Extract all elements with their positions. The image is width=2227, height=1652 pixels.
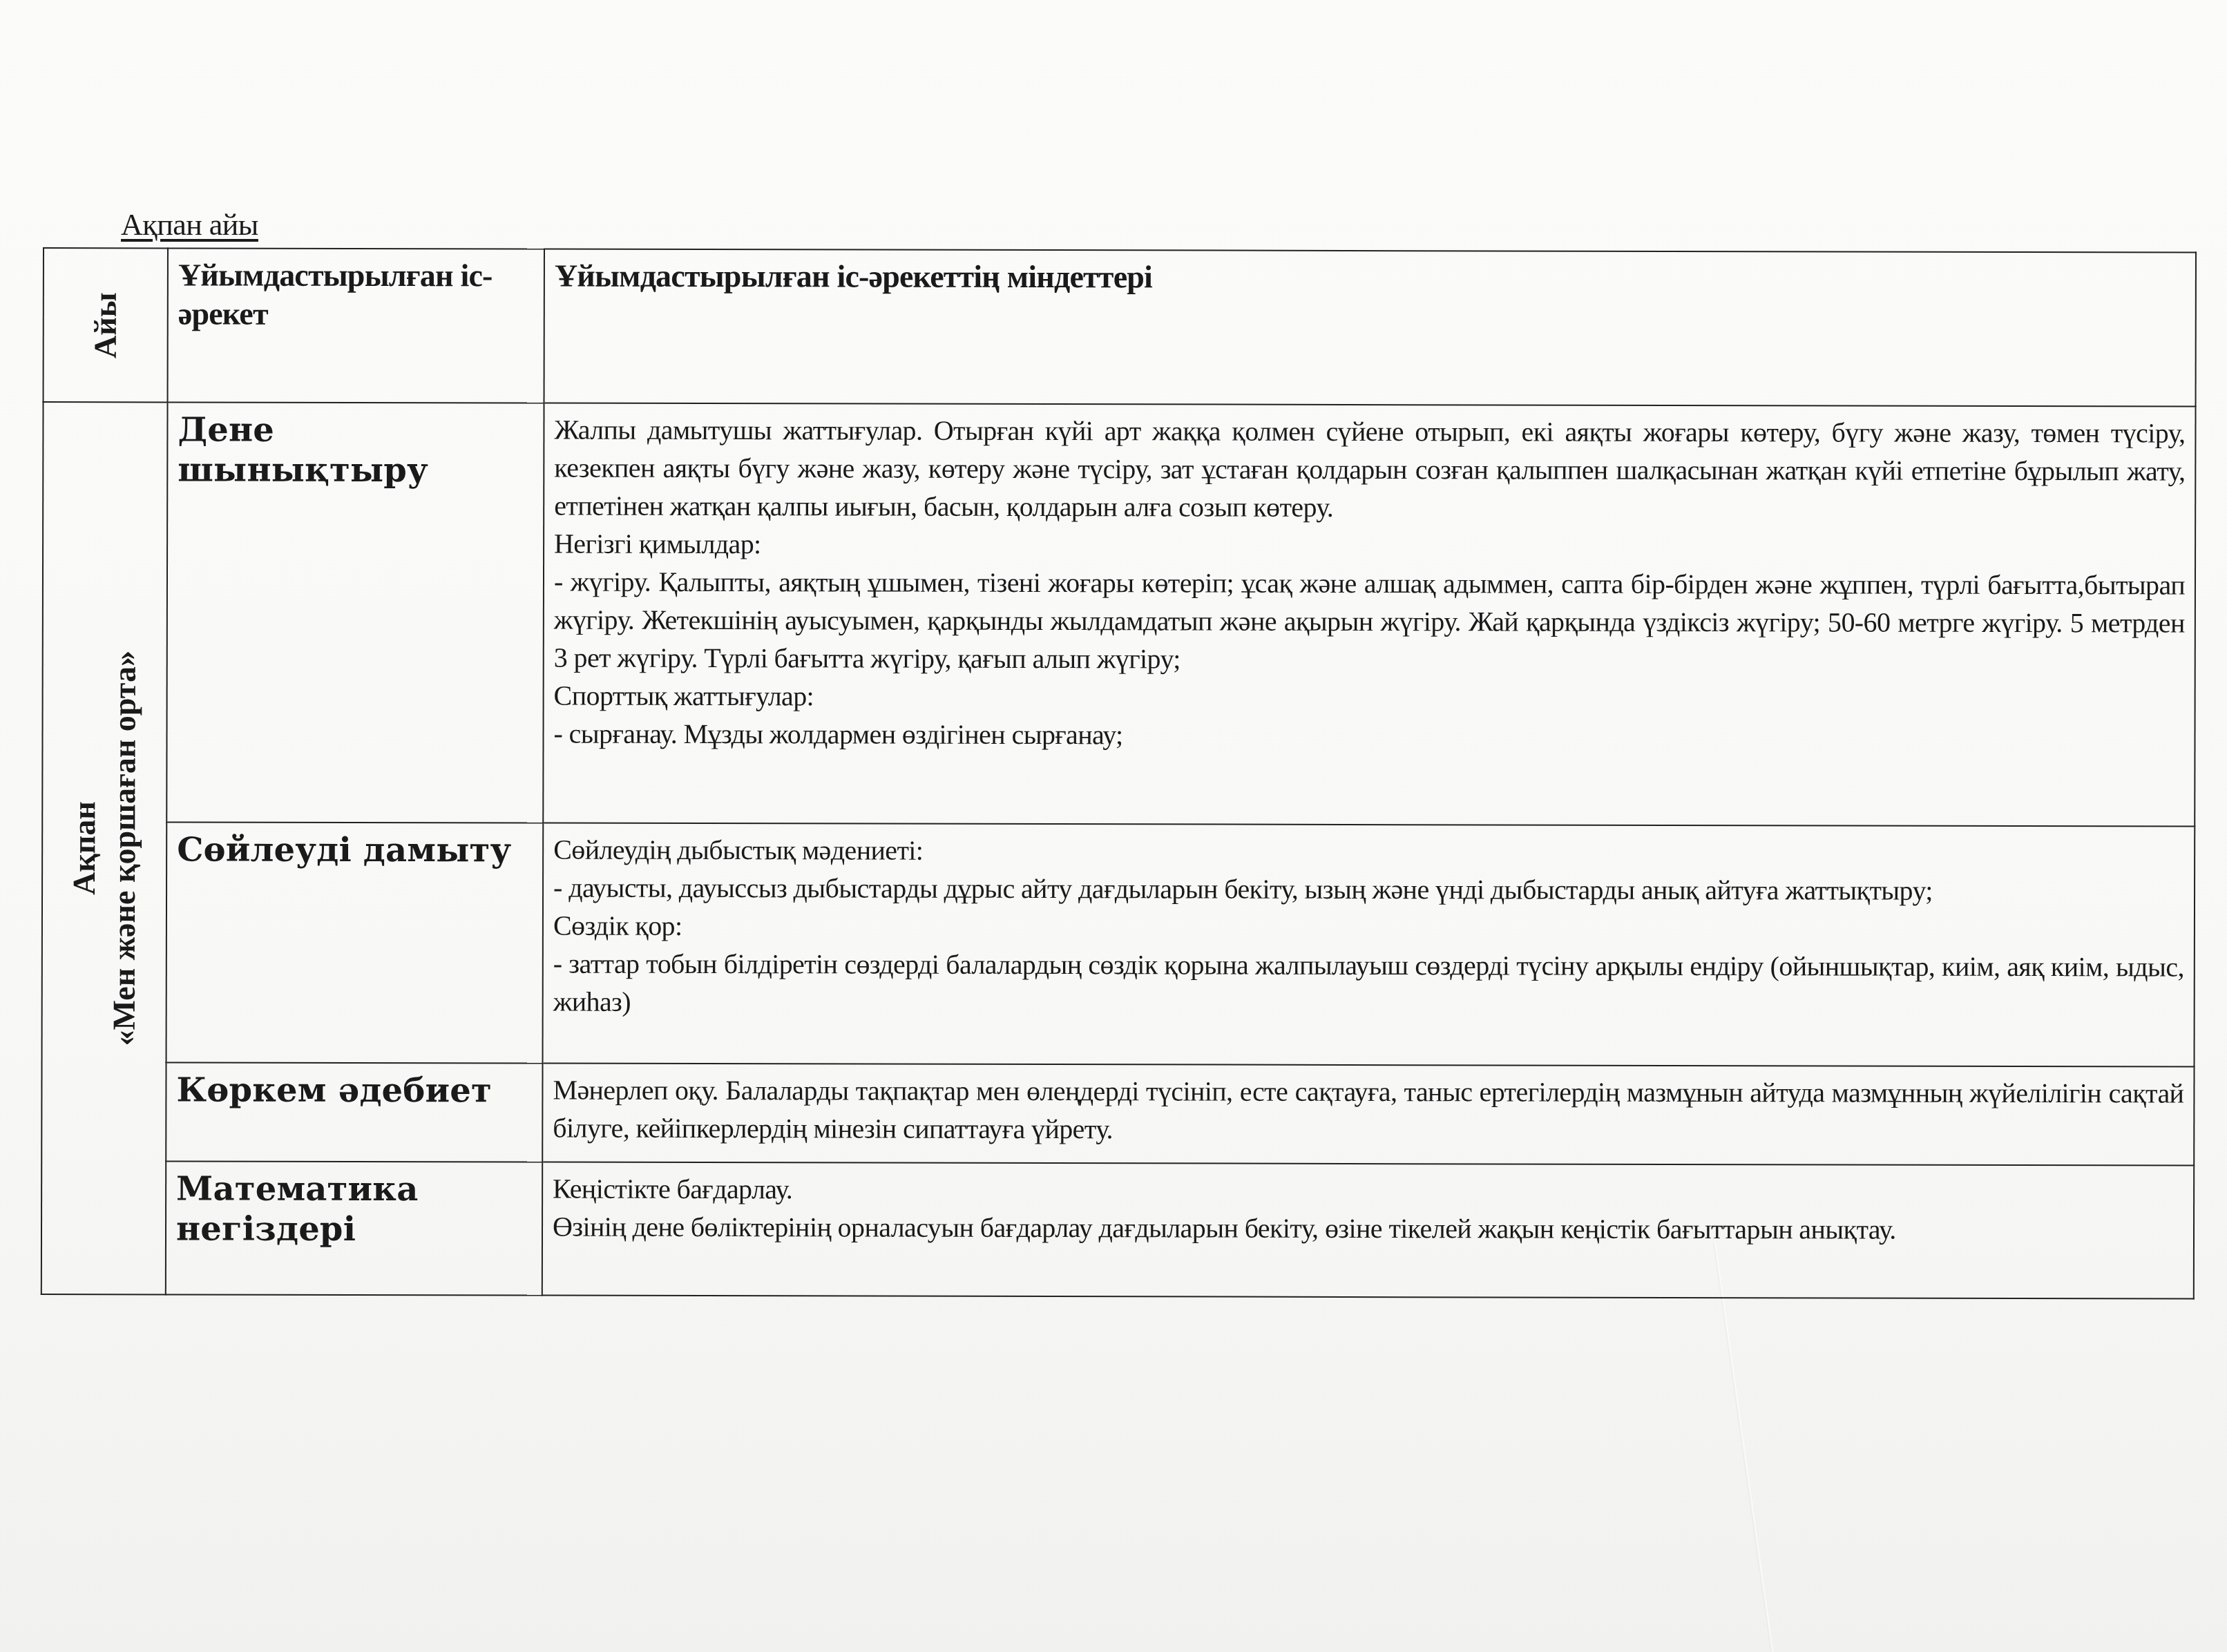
activity-cell: Дене шынықтыру [166, 402, 544, 823]
activity-cell: Сөйлеуді дамыту [166, 822, 544, 1063]
activity-name: Көркем әдебиет [176, 1070, 532, 1111]
task-paragraph: Сөйлеудің дыбыстық мәдениеті: [553, 831, 2184, 872]
activity-name: Дене шынықтыру [178, 410, 533, 490]
task-paragraph: Жалпы дамытушы жаттығулар. Отырған күйі … [554, 411, 2185, 528]
header-month-cell: Айы [44, 248, 168, 402]
tasks-cell: Мәнерлеп оқу. Балаларды тақпақтар мен өл… [542, 1064, 2194, 1166]
table-row: Сөйлеуді дамыту Сөйлеудің дыбыстық мәден… [42, 822, 2195, 1067]
task-paragraph: Өзінің дене бөліктерінің орналасуын бағд… [553, 1208, 2183, 1249]
table-row: Математика негіздері Кеңістікте бағдарла… [41, 1161, 2194, 1299]
task-paragraph: Мәнерлеп оқу. Балаларды тақпақтар мен өл… [553, 1071, 2183, 1151]
tasks-text: Сөйлеудің дыбыстық мәдениеті: - дауысты,… [553, 831, 2185, 1024]
activity-name: Сөйлеуді дамыту [177, 829, 533, 870]
header-tasks-cell: Ұйымдастырылған іс-әрекеттің міндеттері [544, 249, 2196, 407]
header-activity-cell: Ұйымдастырылған іс-әрекет [168, 248, 544, 403]
task-paragraph: Кеңістікте бағдарлау. [553, 1170, 2183, 1211]
theme-name: «Мен және қоршаған орта» [104, 651, 145, 1046]
task-paragraph: Спорттық жаттығулар: [554, 677, 2185, 718]
table-header-row: Айы Ұйымдастырылған іс-әрекет Ұйымдастыр… [44, 248, 2196, 407]
tasks-text: Мәнерлеп оқу. Балаларды тақпақтар мен өл… [553, 1071, 2183, 1151]
task-paragraph: - жүгіру. Қалыпты, аяқтың ұшымен, тізені… [554, 563, 2185, 680]
table-row: Ақпан «Мен және қоршаған орта» Дене шыны… [42, 402, 2195, 827]
tasks-text: Кеңістікте бағдарлау. Өзінің дене бөлікт… [553, 1170, 2183, 1249]
tasks-text: Жалпы дамытушы жаттығулар. Отырған күйі … [553, 411, 2185, 756]
tasks-cell: Сөйлеудің дыбыстық мәдениеті: - дауысты,… [543, 823, 2195, 1067]
table-row: Көркем әдебиет Мәнерлеп оқу. Балаларды т… [41, 1062, 2194, 1166]
activity-cell: Математика негіздері [166, 1161, 542, 1295]
header-month-label: Айы [86, 292, 126, 358]
header-activity-label: Ұйымдастырылған іс-әрекет [178, 256, 534, 334]
tasks-cell: Кеңістікте бағдарлау. Өзінің дене бөлікт… [542, 1162, 2194, 1299]
activity-name: Математика негіздері [176, 1169, 532, 1249]
activity-cell: Көркем әдебиет [166, 1062, 542, 1162]
tasks-cell: Жалпы дамытушы жаттығулар. Отырған күйі … [543, 403, 2195, 827]
document-title: Ақпан айы [121, 207, 258, 242]
task-paragraph: - заттар тобын білдіретін сөздерді балал… [553, 945, 2184, 1024]
curriculum-table: Айы Ұйымдастырылған іс-әрекет Ұйымдастыр… [41, 247, 2197, 1300]
month-theme-cell: Ақпан «Мен және қоршаған орта» [41, 402, 168, 1294]
month-theme-label: Ақпан «Мен және қоршаған орта» [64, 651, 145, 1046]
header-tasks-label: Ұйымдастырылған іс-әрекеттің міндеттері [555, 257, 2186, 299]
task-paragraph: Негізгі қимылдар: [554, 525, 2185, 566]
task-paragraph: - дауысты, дауыссыз дыбыстарды дұрыс айт… [553, 869, 2184, 910]
task-paragraph: Сөздік қор: [553, 907, 2184, 948]
month-name: Ақпан [64, 651, 105, 1046]
task-paragraph: - сырғанау. Мұзды жолдармен өздігінен сы… [553, 715, 2184, 756]
